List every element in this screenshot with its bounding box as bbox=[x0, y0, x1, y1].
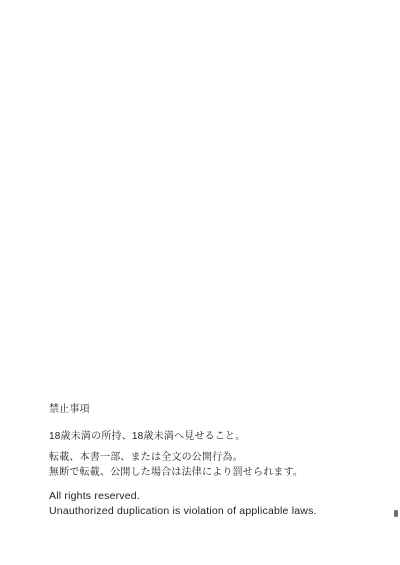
english-rights-line: All rights reserved. bbox=[49, 489, 380, 504]
repost-line-2: 無断で転載、公開した場合は法律により罰せられます。 bbox=[49, 465, 380, 480]
notice-title: 禁止事項 bbox=[49, 402, 380, 417]
english-duplication-line: Unauthorized duplication is violation of… bbox=[49, 504, 380, 519]
prohibition-notice-block: 禁止事項 18歳未満の所持、18歳未満へ見せること。 転載、本書一部、または全文… bbox=[49, 402, 380, 519]
age-restriction-line: 18歳未満の所持、18歳未満へ見せること。 bbox=[49, 429, 380, 444]
repost-prohibition-paragraph: 転載、本書一部、または全文の公開行為。 無断で転載、公開した場合は法律により罰せ… bbox=[49, 450, 380, 480]
english-rights-paragraph: All rights reserved. Unauthorized duplic… bbox=[49, 489, 380, 519]
repost-line-1: 転載、本書一部、または全文の公開行為。 bbox=[49, 450, 380, 465]
page-edge-scan-artifact bbox=[394, 510, 398, 517]
document-page: 禁止事項 18歳未満の所持、18歳未満へ見せること。 転載、本書一部、または全文… bbox=[0, 0, 400, 565]
